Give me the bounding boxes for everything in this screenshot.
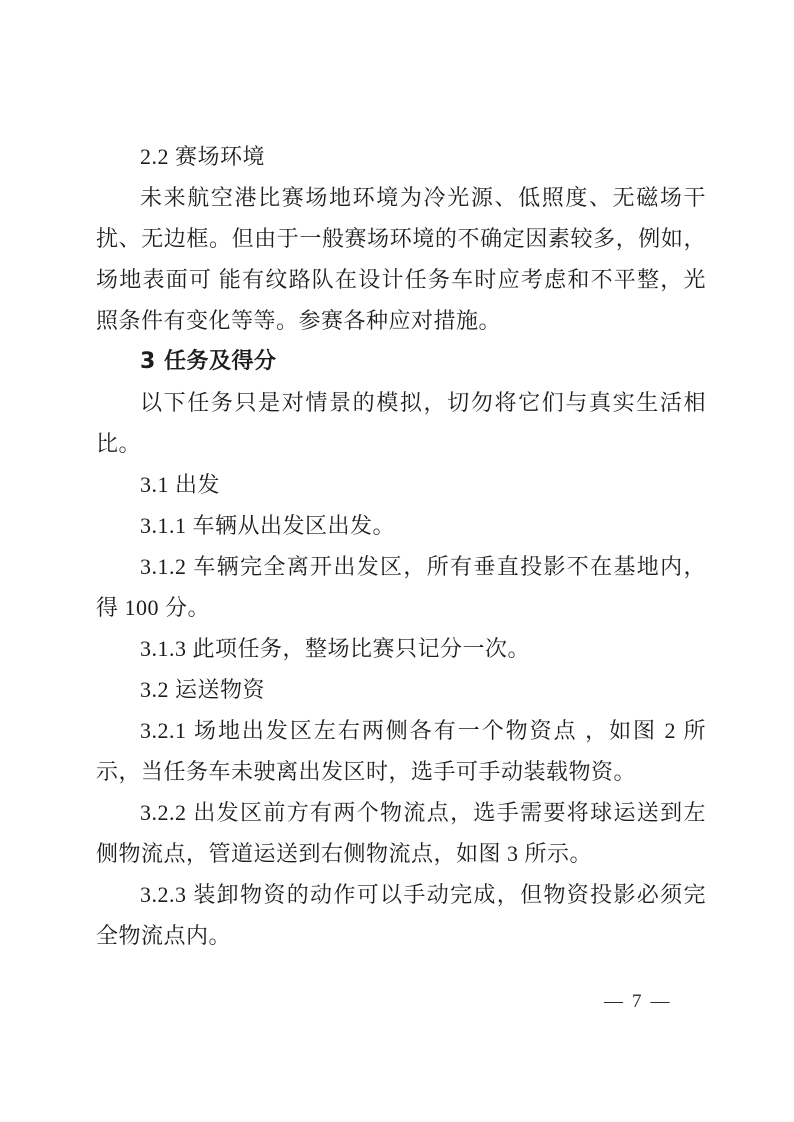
page-footer: — 7 — bbox=[604, 991, 670, 1013]
para-3-1-1: 3.1.1 车辆从出发区出发。 bbox=[96, 505, 706, 546]
para-tasks-intro: 以下任务只是对情景的模拟，切勿将它们与真实生活相比。 bbox=[96, 382, 706, 464]
heading-2-2-field-environment: 2.2 赛场环境 bbox=[96, 136, 706, 177]
footer-dash-left: — bbox=[604, 991, 623, 1013]
document-body: 2.2 赛场环境 未来航空港比赛场地环境为冷光源、低照度、无磁场干扰、无边框。但… bbox=[96, 136, 706, 956]
para-3-1-2: 3.1.2 车辆完全离开出发区，所有垂直投影不在基地内，得 100 分。 bbox=[96, 546, 706, 628]
para-3-2-1: 3.2.1 场地出发区左右两侧各有一个物资点 ，如图 2 所示，当任务车未驶离出… bbox=[96, 710, 706, 792]
para-3-1-3: 3.1.3 此项任务，整场比赛只记分一次。 bbox=[96, 628, 706, 669]
document-page: 2.2 赛场环境 未来航空港比赛场地环境为冷光源、低照度、无磁场干扰、无边框。但… bbox=[0, 0, 794, 1122]
heading-3-1-departure: 3.1 出发 bbox=[96, 464, 706, 505]
heading-3-tasks-and-scoring: 3 任务及得分 bbox=[96, 341, 706, 382]
para-3-2-2: 3.2.2 出发区前方有两个物流点，选手需要将球运送到左侧物流点，管道运送到右侧… bbox=[96, 792, 706, 874]
heading-3-2-transport-supplies: 3.2 运送物资 bbox=[96, 669, 706, 710]
footer-dash-right: — bbox=[651, 991, 670, 1013]
page-number: 7 bbox=[632, 991, 642, 1013]
para-field-environment: 未来航空港比赛场地环境为冷光源、低照度、无磁场干扰、无边框。但由于一般赛场环境的… bbox=[96, 177, 706, 341]
para-3-2-3: 3.2.3 装卸物资的动作可以手动完成，但物资投影必须完全物流点内。 bbox=[96, 874, 706, 956]
